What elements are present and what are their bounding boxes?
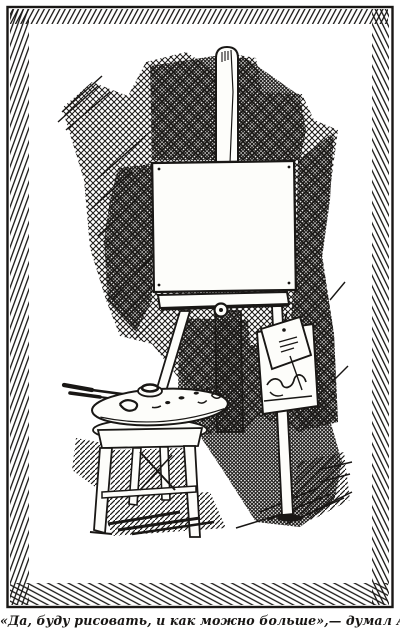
sketch-pad: [257, 312, 318, 414]
sketch-pad-dot: [282, 328, 286, 332]
frame-hatch-bottom: [10, 583, 388, 605]
frame-hatch-left: [10, 9, 29, 605]
easel-canvas: [152, 161, 296, 292]
frame-hatch-top: [10, 9, 388, 24]
easel-foot-shadow: [277, 515, 303, 522]
caption: «Да, буду рисовать, и как можно больше»,…: [0, 613, 400, 628]
frame-hatch-right: [372, 9, 389, 605]
easel-mast: [216, 47, 238, 163]
illustration: [0, 0, 400, 637]
stool-apron: [98, 428, 202, 448]
book-page: «Да, буду рисовать, и как можно больше»,…: [0, 0, 400, 637]
paint-cup: [138, 385, 162, 397]
easel-knob-center: [219, 308, 223, 312]
